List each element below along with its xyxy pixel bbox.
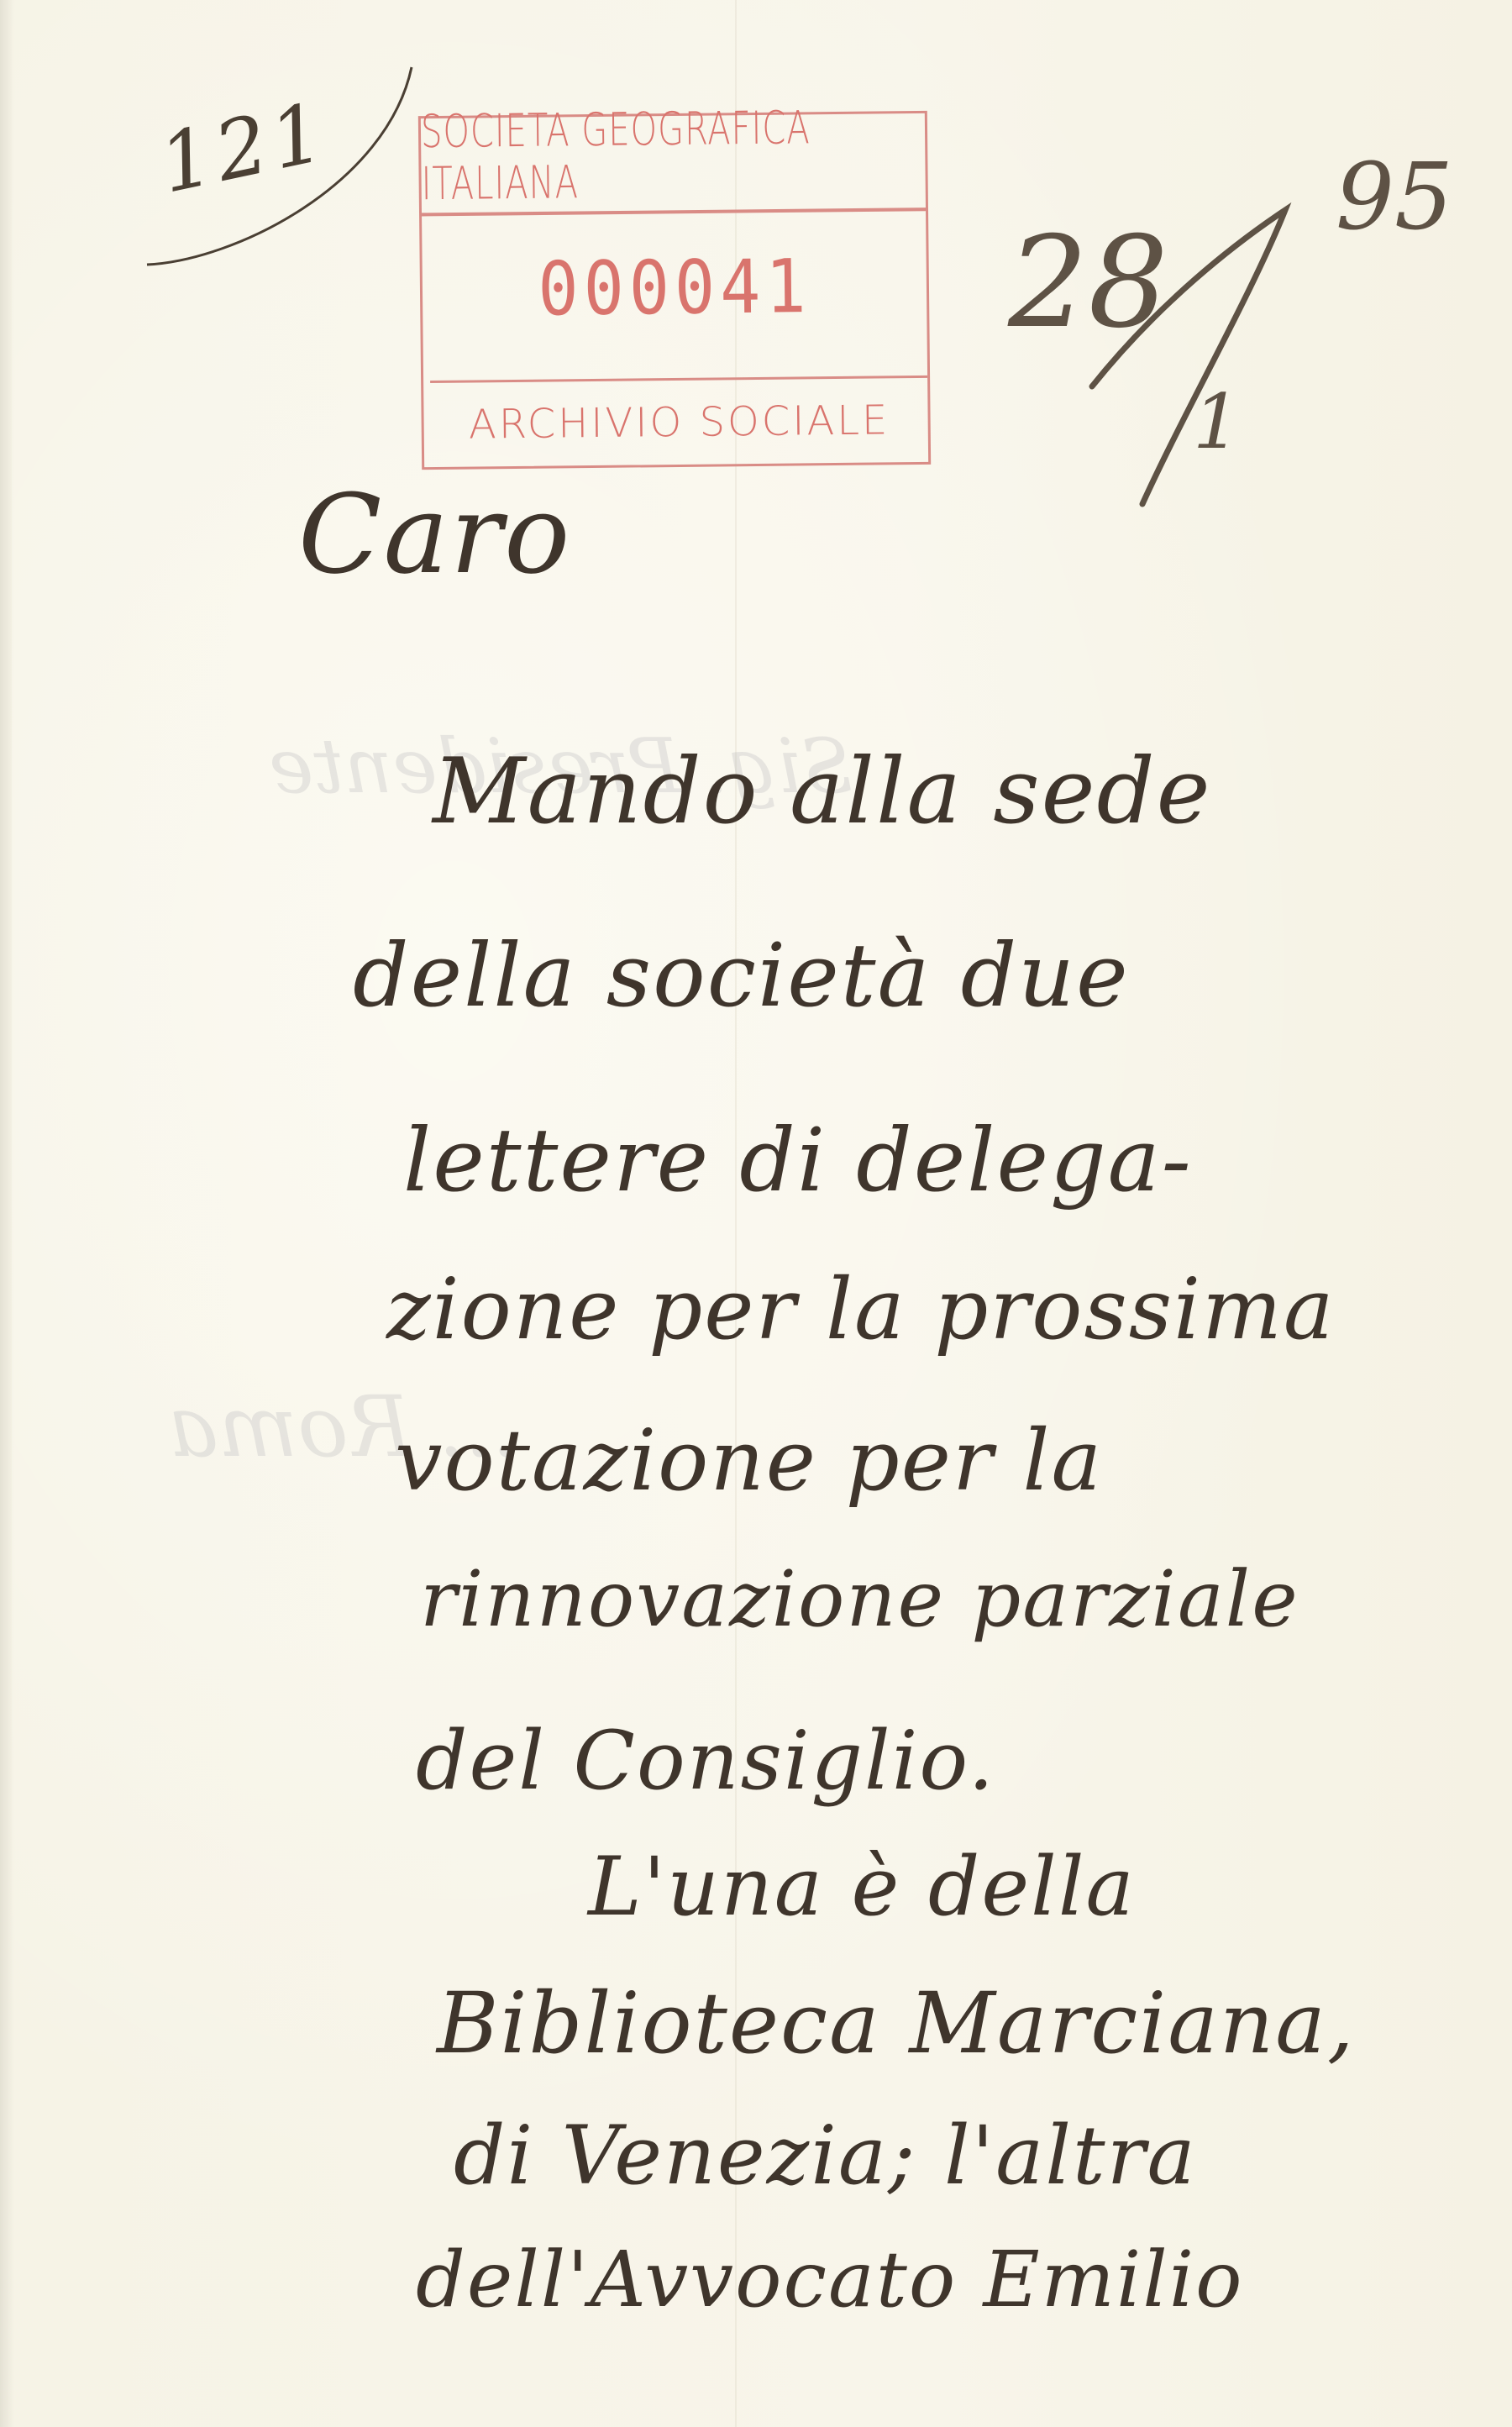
letter-line: rinnovazione parziale bbox=[420, 1554, 1299, 1644]
date-month: 1 bbox=[1193, 378, 1241, 466]
letter-line: votazione per la bbox=[395, 1411, 1103, 1510]
letter-line: di Venezia; l'altra bbox=[454, 2109, 1197, 2203]
letter-line: del Consiglio. bbox=[416, 1714, 995, 1808]
letter-line: Mando alla sede bbox=[433, 739, 1212, 844]
letter-line: lettere di delega- bbox=[403, 1109, 1193, 1211]
salutation: Caro bbox=[298, 470, 571, 598]
date-year: 95 bbox=[1336, 143, 1453, 250]
stamp-number: 000041 bbox=[422, 187, 927, 386]
letter-line: L'una è della bbox=[588, 1840, 1136, 1934]
letter-line: zione per la prossima bbox=[386, 1260, 1336, 1358]
page-edge bbox=[0, 0, 12, 2427]
letter-line: Biblioteca Marciana, bbox=[437, 1974, 1356, 2072]
archive-stamp: SOCIETA GEOGRAFICA ITALIANA 000041 ARCHI… bbox=[418, 111, 931, 470]
letter-line: dell'Avvocato Emilio bbox=[416, 2235, 1244, 2325]
letter-line: della società due bbox=[353, 924, 1130, 1027]
stamp-label: ARCHIVIO SOCIALE bbox=[430, 376, 928, 467]
